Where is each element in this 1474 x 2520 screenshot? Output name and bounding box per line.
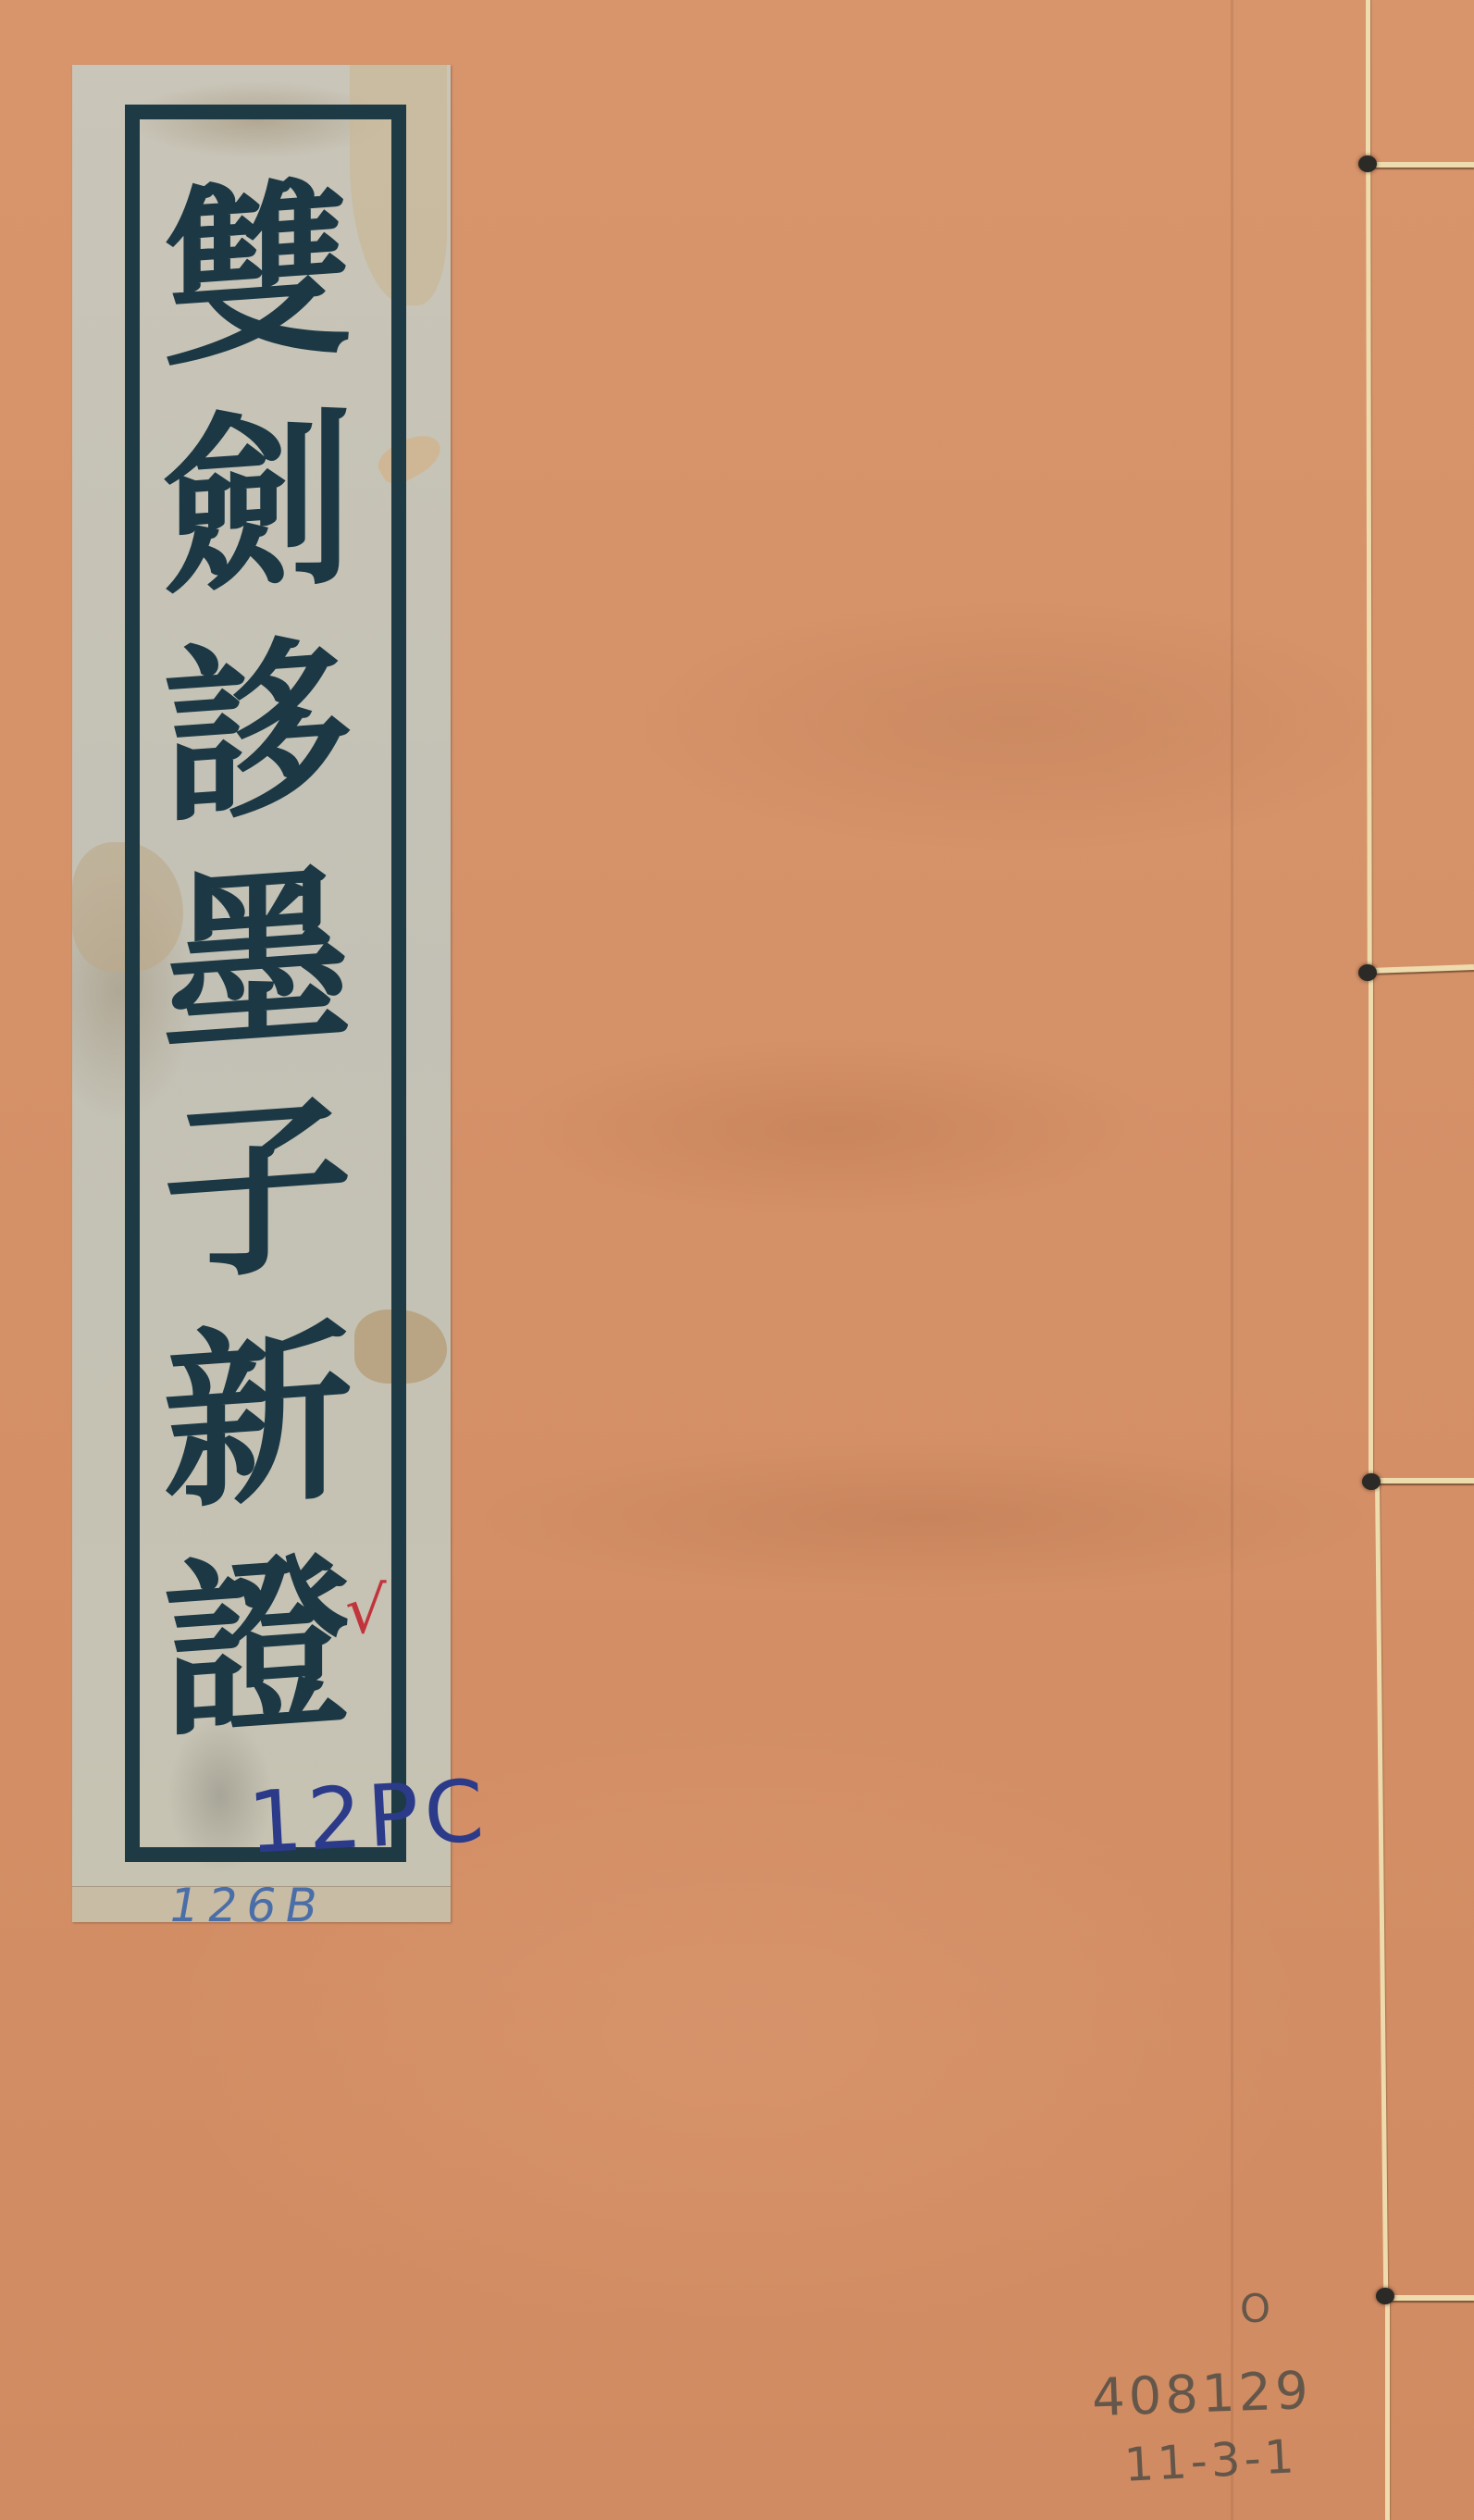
- title-char-2: 劍: [163, 384, 353, 626]
- title-label: 雙 劍 誃 墨 子 新 證 √ 12PC 126B: [72, 65, 451, 1922]
- handwritten-strip-number: 126B: [165, 1879, 331, 1932]
- thread-vertical: [1369, 974, 1373, 1481]
- title-char-3: 誃: [163, 613, 353, 854]
- stitch-hole: [1358, 155, 1377, 172]
- book-title: 雙 劍 誃 墨 子 新 證: [146, 162, 368, 1762]
- title-char-6: 新: [163, 1298, 353, 1540]
- cover-fold-line: [1231, 0, 1233, 2520]
- pencil-shelf-mark: 11-3-1: [1123, 2429, 1299, 2492]
- stitch-hole: [1362, 1473, 1381, 1490]
- thread-horizontal: [1369, 964, 1474, 974]
- handwritten-call-number: 12PC: [245, 1761, 491, 1873]
- pencil-accession-number: 408129: [1091, 2361, 1313, 2428]
- title-char-4: 墨: [163, 841, 353, 1083]
- stitch-hole: [1376, 2288, 1394, 2304]
- thread-vertical: [1385, 2297, 1390, 2520]
- stitch-hole: [1358, 964, 1377, 981]
- title-char-1: 雙: [163, 155, 353, 397]
- thread-vertical: [1366, 167, 1372, 974]
- thread-vertical: [1375, 1481, 1388, 2297]
- red-checkmark-icon: √: [345, 1573, 373, 1647]
- pencil-circle-mark: O: [1240, 2286, 1274, 2331]
- thread-horizontal: [1388, 2295, 1474, 2301]
- title-char-7: 證: [163, 1527, 353, 1769]
- thread-horizontal: [1369, 162, 1474, 168]
- thread-horizontal: [1373, 1478, 1474, 1483]
- title-char-5: 子: [163, 1070, 353, 1311]
- book-cover: 雙 劍 誃 墨 子 新 證 √ 12PC 126B O 408129 11-3-…: [0, 0, 1474, 2520]
- thread-vertical: [1366, 0, 1370, 167]
